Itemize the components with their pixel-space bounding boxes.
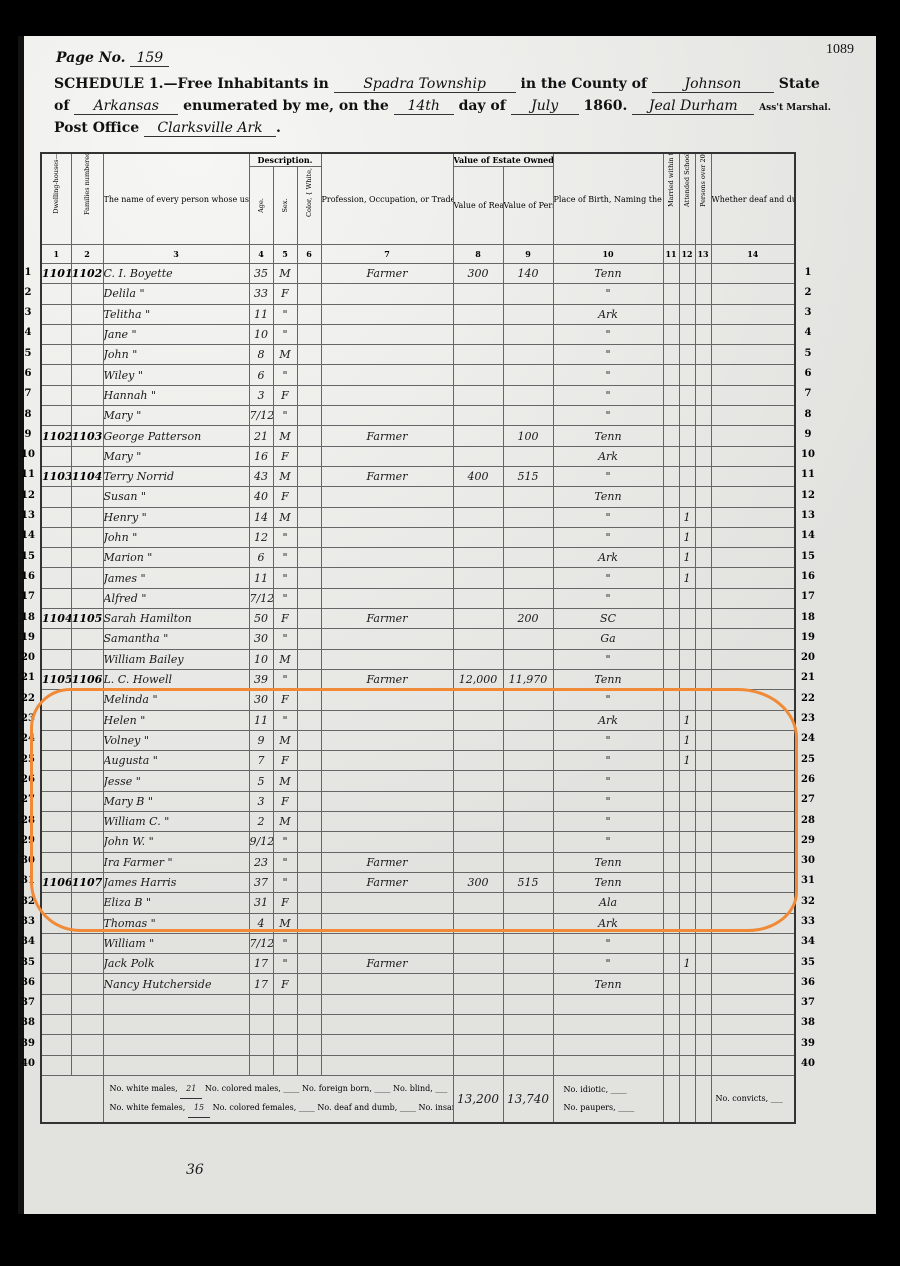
row-number: 8: [20, 409, 36, 420]
person-name-cell: Eliza B ": [103, 893, 249, 913]
sex-cell: F: [273, 893, 297, 913]
married-cell: [663, 568, 679, 588]
age-cell: 11: [249, 568, 273, 588]
personal-estate-value-cell: [503, 1014, 553, 1034]
family-number-cell: [71, 933, 103, 953]
married-cell: [663, 710, 679, 730]
attended-school-cell: [679, 771, 695, 791]
row-number: 23: [20, 713, 36, 724]
dwelling-number-cell: [41, 954, 71, 974]
sex-cell: ": [273, 568, 297, 588]
person-name-cell: William C. ": [103, 812, 249, 832]
sex-cell: M: [273, 771, 297, 791]
birthplace-cell: Ark: [553, 548, 663, 568]
age-cell: 12: [249, 527, 273, 547]
age-cell: 37: [249, 872, 273, 892]
sex-cell: ": [273, 954, 297, 974]
attended-school-cell: 1: [679, 527, 695, 547]
real-estate-value-cell: [453, 649, 503, 669]
occupation-cell: [321, 771, 453, 791]
dwelling-number-cell: [41, 913, 71, 933]
color-cell: [297, 568, 321, 588]
illiterate-cell: [695, 365, 711, 385]
age-cell: 8: [249, 345, 273, 365]
person-name-cell: L. C. Howell: [103, 669, 249, 689]
table-row: Augusta "7F"1: [41, 751, 795, 771]
personal-estate-value-cell: [503, 324, 553, 344]
disability-cell: [711, 913, 795, 933]
occupation-cell: Farmer: [321, 264, 453, 284]
row-number: 22: [800, 693, 816, 704]
row-number: 1: [800, 267, 816, 278]
table-row: Mary B "3F": [41, 791, 795, 811]
family-number-cell: [71, 690, 103, 710]
population-summary: No. white males, 21 No. colored males, _…: [103, 1075, 453, 1123]
row-number: 10: [800, 449, 816, 460]
married-cell: [663, 1035, 679, 1055]
sex-cell: F: [273, 446, 297, 466]
disability-cell: [711, 669, 795, 689]
attended-school-cell: [679, 466, 695, 486]
illiterate-cell: [695, 1035, 711, 1055]
table-row: John "12""1: [41, 527, 795, 547]
occupation-cell: [321, 893, 453, 913]
row-number: 35: [800, 957, 816, 968]
table-row: [41, 1055, 795, 1075]
disability-cell: [711, 812, 795, 832]
sex-cell: ": [273, 548, 297, 568]
family-number-cell: [71, 365, 103, 385]
illiterate-cell: [695, 487, 711, 507]
birthplace-cell: Ark: [553, 446, 663, 466]
table-row: Jack Polk17"Farmer"1: [41, 954, 795, 974]
column-number: 7: [321, 245, 453, 264]
color-cell: [297, 771, 321, 791]
personal-estate-value-cell: 515: [503, 466, 553, 486]
color-cell: [297, 1014, 321, 1034]
age-cell: [249, 1035, 273, 1055]
color-cell: [297, 994, 321, 1014]
real-estate-value-cell: 12,000: [453, 669, 503, 689]
table-row: Jane "10"": [41, 324, 795, 344]
color-cell: [297, 893, 321, 913]
dwelling-number-cell: [41, 1035, 71, 1055]
schedule-line: SCHEDULE 1.—Free Inhabitants in Spadra T…: [54, 76, 820, 93]
color-cell: [297, 649, 321, 669]
illiterate-cell: [695, 974, 711, 994]
sex-cell: ": [273, 406, 297, 426]
birthplace-cell: ": [553, 568, 663, 588]
personal-estate-value-cell: [503, 771, 553, 791]
attended-school-cell: [679, 669, 695, 689]
real-estate-value-cell: [453, 994, 503, 1014]
row-number: 27: [800, 794, 816, 805]
dwelling-number-cell: 1103: [41, 466, 71, 486]
row-number: 30: [20, 855, 36, 866]
idiotic-paupers-summary: No. idiotic, ____No. paupers, ____: [553, 1075, 663, 1123]
attended-school-cell: [679, 913, 695, 933]
column-number: 1: [41, 245, 71, 264]
sex-cell: ": [273, 324, 297, 344]
page-number: Page No. 159: [56, 50, 169, 67]
disability-cell: [711, 933, 795, 953]
col-sex-header: Sex.: [273, 167, 297, 245]
family-number-cell: [71, 507, 103, 527]
birthplace-cell: ": [553, 812, 663, 832]
illiterate-cell: [695, 893, 711, 913]
row-number: 5: [800, 348, 816, 359]
family-number-cell: [71, 324, 103, 344]
row-number: 17: [800, 591, 816, 602]
white-females-count: 15: [188, 1099, 210, 1118]
married-cell: [663, 487, 679, 507]
row-number: 4: [800, 327, 816, 338]
person-name-cell: Augusta ": [103, 751, 249, 771]
row-number: 25: [20, 754, 36, 765]
age-cell: 17: [249, 974, 273, 994]
dwelling-number-cell: 1104: [41, 609, 71, 629]
personal-estate-value-cell: 515: [503, 872, 553, 892]
row-number: 14: [20, 530, 36, 541]
disability-cell: [711, 548, 795, 568]
census-table: Dwelling-houses— numbered in the order o…: [40, 152, 796, 1124]
married-cell: [663, 345, 679, 365]
dwelling-number-cell: [41, 1014, 71, 1034]
age-cell: 30: [249, 629, 273, 649]
attended-school-cell: [679, 893, 695, 913]
attended-school-cell: [679, 994, 695, 1014]
person-name-cell: Jane ": [103, 324, 249, 344]
real-estate-value-cell: [453, 710, 503, 730]
illiterate-cell: [695, 933, 711, 953]
personal-estate-value-cell: 140: [503, 264, 553, 284]
birthplace-cell: Tenn: [553, 872, 663, 892]
table-row: Delila "33F": [41, 284, 795, 304]
real-estate-value-cell: [453, 507, 503, 527]
row-number: 37: [800, 997, 816, 1008]
real-estate-value-cell: [453, 365, 503, 385]
row-number: 24: [20, 733, 36, 744]
family-number-cell: 1102: [71, 264, 103, 284]
occupation-cell: Farmer: [321, 872, 453, 892]
table-row: Mary "16FArk: [41, 446, 795, 466]
row-number: 6: [800, 368, 816, 379]
row-number: 16: [20, 571, 36, 582]
married-cell: [663, 832, 679, 852]
family-number-cell: [71, 284, 103, 304]
disability-cell: [711, 791, 795, 811]
attended-school-cell: [679, 852, 695, 872]
color-cell: [297, 812, 321, 832]
occupation-cell: [321, 730, 453, 750]
married-cell: [663, 629, 679, 649]
family-number-cell: [71, 852, 103, 872]
real-estate-value-cell: [453, 933, 503, 953]
row-number: 22: [20, 693, 36, 704]
sex-cell: ": [273, 710, 297, 730]
table-row: Helen "11"Ark1: [41, 710, 795, 730]
page-no-value: 159: [130, 50, 169, 67]
personal-estate-value-cell: [503, 974, 553, 994]
married-cell: [663, 751, 679, 771]
occupation-cell: [321, 324, 453, 344]
dwelling-number-cell: [41, 933, 71, 953]
col-family-header: Families numbered in the order of visita…: [71, 153, 103, 245]
personal-estate-value-cell: [503, 527, 553, 547]
family-number-cell: [71, 913, 103, 933]
color-cell: [297, 609, 321, 629]
illiterate-cell: [695, 304, 711, 324]
sex-cell: M: [273, 426, 297, 446]
illiterate-cell: [695, 466, 711, 486]
real-estate-total: 13,200: [453, 1075, 503, 1123]
real-estate-value-cell: [453, 609, 503, 629]
occupation-cell: [321, 629, 453, 649]
married-cell: [663, 812, 679, 832]
illiterate-cell: [695, 629, 711, 649]
row-number: 11: [800, 469, 816, 480]
disability-cell: [711, 527, 795, 547]
disability-cell: [711, 974, 795, 994]
row-number: 36: [20, 977, 36, 988]
column-number-row: 1234567891011121314: [41, 245, 795, 264]
sex-cell: F: [273, 487, 297, 507]
color-cell: [297, 954, 321, 974]
attended-school-cell: [679, 345, 695, 365]
married-cell: [663, 446, 679, 466]
occupation-cell: [321, 507, 453, 527]
age-cell: 3: [249, 385, 273, 405]
personal-estate-value-cell: [503, 812, 553, 832]
personal-estate-value-cell: [503, 406, 553, 426]
real-estate-value-cell: [453, 629, 503, 649]
disability-cell: [711, 629, 795, 649]
table-row: Thomas "4MArk: [41, 913, 795, 933]
col-age-header: Age.: [249, 167, 273, 245]
color-cell: [297, 345, 321, 365]
row-number: 27: [20, 794, 36, 805]
age-cell: [249, 994, 273, 1014]
real-estate-value-cell: [453, 446, 503, 466]
row-number: 40: [800, 1058, 816, 1069]
real-estate-value-cell: [453, 1014, 503, 1034]
occupation-cell: Farmer: [321, 466, 453, 486]
dwelling-number-cell: 1101: [41, 264, 71, 284]
row-number: 15: [800, 551, 816, 562]
disability-cell: [711, 385, 795, 405]
disability-cell: [711, 1014, 795, 1034]
person-name-cell: Telitha ": [103, 304, 249, 324]
real-estate-value-cell: [453, 1055, 503, 1075]
personal-estate-total: 13,740: [503, 1075, 553, 1123]
person-name-cell: C. I. Boyette: [103, 264, 249, 284]
real-estate-value-cell: [453, 406, 503, 426]
personal-estate-value-cell: [503, 365, 553, 385]
person-name-cell: William ": [103, 933, 249, 953]
birthplace-cell: ": [553, 385, 663, 405]
illiterate-cell: [695, 649, 711, 669]
enumeration-line: of Arkansas enumerated by me, on the 14t…: [54, 98, 831, 115]
attended-school-cell: [679, 690, 695, 710]
family-number-cell: [71, 548, 103, 568]
dwelling-number-cell: [41, 893, 71, 913]
illiterate-cell: [695, 852, 711, 872]
dwelling-number-cell: [41, 345, 71, 365]
row-number: 38: [20, 1017, 36, 1028]
illiterate-cell: [695, 994, 711, 1014]
disability-cell: [711, 649, 795, 669]
family-number-cell: 1106: [71, 669, 103, 689]
family-number-cell: [71, 1014, 103, 1034]
occupation-cell: [321, 1055, 453, 1075]
illiterate-cell: [695, 1014, 711, 1034]
color-cell: [297, 588, 321, 608]
row-number: 5: [20, 348, 36, 359]
real-estate-value-cell: [453, 954, 503, 974]
color-cell: [297, 791, 321, 811]
dwelling-number-cell: [41, 365, 71, 385]
state-label: State: [779, 76, 820, 92]
state-value: Arkansas: [74, 98, 178, 115]
birthplace-cell: Tenn: [553, 264, 663, 284]
personal-estate-value-cell: [503, 629, 553, 649]
occupation-cell: [321, 1035, 453, 1055]
dwelling-number-cell: [41, 406, 71, 426]
table-row: Wiley "6"": [41, 365, 795, 385]
census-page: Page No. 159 1089 SCHEDULE 1.—Free Inhab…: [18, 36, 876, 1214]
row-number: 21: [20, 672, 36, 683]
real-estate-value-cell: [453, 426, 503, 446]
attended-school-cell: 1: [679, 730, 695, 750]
person-name-cell: Terry Norrid: [103, 466, 249, 486]
day-value: 14th: [394, 98, 454, 115]
illiterate-cell: [695, 588, 711, 608]
illiterate-cell: [695, 832, 711, 852]
real-estate-value-cell: [453, 304, 503, 324]
attended-school-cell: [679, 872, 695, 892]
family-number-cell: [71, 406, 103, 426]
person-name-cell: Mary B ": [103, 791, 249, 811]
disability-cell: [711, 852, 795, 872]
birthplace-cell: [553, 1014, 663, 1034]
sex-cell: F: [273, 751, 297, 771]
attended-school-cell: [679, 812, 695, 832]
occupation-cell: [321, 832, 453, 852]
row-number: 28: [800, 815, 816, 826]
col-real-estate-header: Value of Real Estate.: [453, 167, 503, 245]
color-cell: [297, 324, 321, 344]
married-cell: [663, 324, 679, 344]
row-number: 10: [20, 449, 36, 460]
person-name-cell: [103, 1035, 249, 1055]
sex-cell: F: [273, 284, 297, 304]
birthplace-cell: ": [553, 345, 663, 365]
attended-school-cell: [679, 264, 695, 284]
disability-cell: [711, 1055, 795, 1075]
real-estate-value-cell: [453, 852, 503, 872]
dwelling-number-cell: [41, 974, 71, 994]
disability-cell: [711, 426, 795, 446]
sex-cell: F: [273, 690, 297, 710]
age-cell: 2: [249, 812, 273, 832]
col-married-header: Married within the year.: [663, 153, 679, 245]
color-cell: [297, 1055, 321, 1075]
personal-estate-value-cell: [503, 568, 553, 588]
table-row: John "8M": [41, 345, 795, 365]
disability-cell: [711, 751, 795, 771]
person-name-cell: [103, 1055, 249, 1075]
sex-cell: ": [273, 527, 297, 547]
row-number: 26: [800, 774, 816, 785]
real-estate-value-cell: [453, 385, 503, 405]
color-cell: [297, 385, 321, 405]
row-number: 7: [800, 388, 816, 399]
family-number-cell: [71, 629, 103, 649]
family-number-cell: [71, 345, 103, 365]
occupation-cell: Farmer: [321, 609, 453, 629]
row-number: 18: [20, 612, 36, 623]
color-cell: [297, 872, 321, 892]
person-name-cell: Samantha ": [103, 629, 249, 649]
person-name-cell: John W. ": [103, 832, 249, 852]
sex-cell: ": [273, 304, 297, 324]
birthplace-cell: [553, 994, 663, 1014]
attended-school-cell: [679, 324, 695, 344]
column-number: 8: [453, 245, 503, 264]
disability-cell: [711, 568, 795, 588]
disability-cell: [711, 730, 795, 750]
personal-estate-value-cell: 100: [503, 426, 553, 446]
dwelling-number-cell: [41, 771, 71, 791]
dwelling-number-cell: [41, 527, 71, 547]
married-cell: [663, 954, 679, 974]
family-number-cell: [71, 527, 103, 547]
disability-cell: [711, 406, 795, 426]
birthplace-cell: Tenn: [553, 487, 663, 507]
disability-cell: [711, 893, 795, 913]
attended-school-cell: [679, 588, 695, 608]
color-cell: [297, 406, 321, 426]
family-number-cell: [71, 994, 103, 1014]
color-cell: [297, 304, 321, 324]
row-number: 34: [800, 936, 816, 947]
table-row: Jesse "5M": [41, 771, 795, 791]
personal-estate-value-cell: [503, 548, 553, 568]
year-value: 1860.: [584, 98, 628, 114]
occupation-cell: [321, 385, 453, 405]
row-number: 34: [20, 936, 36, 947]
disability-cell: [711, 588, 795, 608]
color-cell: [297, 264, 321, 284]
birthplace-cell: Tenn: [553, 852, 663, 872]
family-number-cell: [71, 832, 103, 852]
birthplace-cell: ": [553, 527, 663, 547]
sex-cell: M: [273, 730, 297, 750]
family-number-cell: [71, 1035, 103, 1055]
age-cell: [249, 1014, 273, 1034]
married-cell: [663, 690, 679, 710]
row-number: 32: [800, 896, 816, 907]
married-cell: [663, 852, 679, 872]
sex-cell: F: [273, 609, 297, 629]
age-cell: 23: [249, 852, 273, 872]
post-office-value: Clarksville Ark: [144, 120, 276, 137]
personal-estate-value-cell: [503, 385, 553, 405]
disability-cell: [711, 324, 795, 344]
row-number: 2: [20, 287, 36, 298]
county-value: Johnson: [652, 76, 774, 93]
dwelling-number-cell: [41, 304, 71, 324]
